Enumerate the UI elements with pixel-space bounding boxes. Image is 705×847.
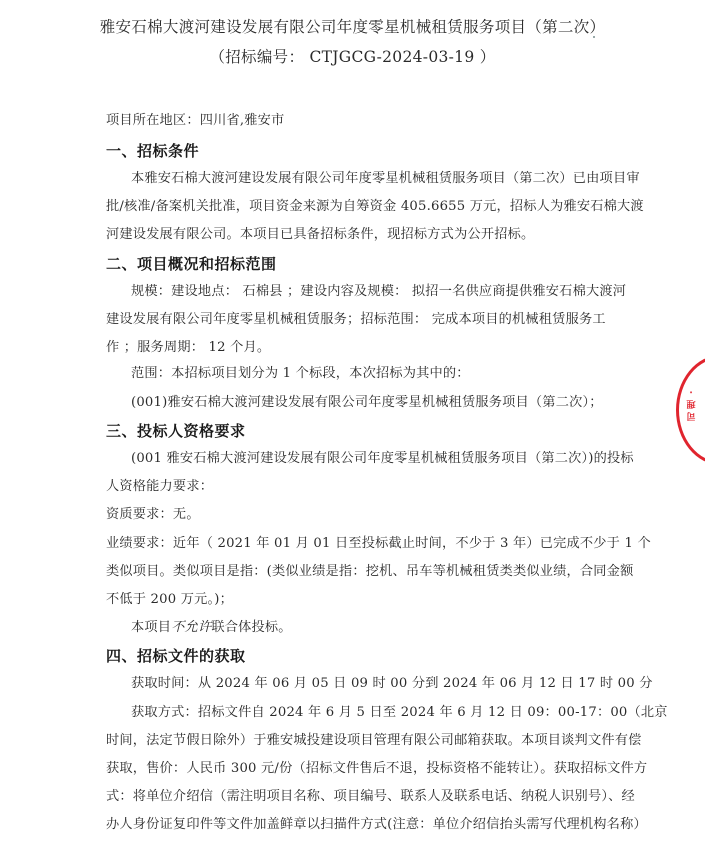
section-heading-2: 二、项目概况和招标范围 — [106, 254, 277, 274]
paragraph-line: (001)雅安石棉大渡河建设发展有限公司年度零星机械租赁服务项目（第二次）； — [131, 394, 603, 412]
paragraph-line: 获取时间：从 2024 年 06 月 05 日 09 时 00 分到 2024 … — [131, 675, 653, 693]
project-location: 项目所在地区：四川省,雅安市 — [106, 112, 284, 130]
section-heading-3: 三、投标人资格要求 — [106, 421, 246, 441]
paragraph-line: 本雅安石棉大渡河建设发展有限公司年度零星机械租赁服务项目（第二次）已由项目审 — [131, 170, 640, 188]
paragraph-line: 河建设发展有限公司。本项目已具备招标条件，现招标方式为公开招标。 — [106, 226, 534, 244]
paragraph-line: 批/核准/备案机关批准，项目资金来源为自筹资金 405.6655 万元，招标人为… — [106, 198, 644, 216]
document-title: 雅安石棉大渡河建设发展有限公司年度零星机械租赁服务项目（第二次） — [0, 17, 705, 37]
paragraph-line: 办人身份证复印件等文件加盖鲜章以扫描件方式(注意：单位介绍信抬头需写代理机构名称… — [106, 816, 647, 834]
paragraph-line: 作 ；服务周期： 12 个月。 — [106, 339, 270, 357]
tender-number: （招标编号： CTJGCG-2024-03-19 ） — [0, 47, 705, 67]
paragraph-line: 规模：建设地点： 石棉县 ；建设内容及规模： 拟招一名供应商提供雅安石棉大渡河 — [131, 283, 626, 301]
consortium-suffix: 联合体投标。 — [211, 620, 291, 635]
section-heading-4: 四、招标文件的获取 — [106, 646, 246, 666]
scan-speck — [593, 36, 595, 38]
paragraph-line: 人资格能力要求： — [106, 478, 213, 496]
paragraph-line: 类似项目。类似项目是指：(类似业绩是指：挖机、吊车等机械租赁类类似业绩，合同金额 — [106, 563, 633, 581]
paragraph-line: 获取，售价：人民币 300 元/份（招标文件售后不退，投标资格不能转让）。获取招… — [106, 760, 647, 778]
paragraph-line: 建设发展有限公司年度零星机械租赁服务；招标范围： 完成本项目的机械租赁服务工 — [106, 311, 606, 329]
paragraph-line: 获取方式：招标文件自 2024 年 6 月 5 日至 2024 年 6 月 12… — [131, 704, 668, 722]
consortium-prefix: 本项目 — [131, 620, 171, 635]
paragraph-line: 式：将单位介绍信（需注明项目名称、项目编号、联系人及联系电话、纳税人识别号）、经 — [106, 788, 635, 806]
consortium-emphasis: 不允许 — [171, 620, 211, 635]
paragraph-line: 范围：本招标项目划分为 1 个标段，本次招标为其中的： — [131, 365, 470, 383]
paragraph-line: 不低于 200 万元。)； — [106, 591, 233, 609]
consortium-statement: 本项目不允许联合体投标。 — [131, 619, 292, 637]
paragraph-line: 业绩要求：近年（ 2021 年 01 月 01 日至投标截止时间，不少于 3 年… — [106, 535, 651, 553]
paragraph-line: (001 雅安石棉大渡河建设发展有限公司年度零星机械租赁服务项目（第二次）)的投… — [131, 450, 634, 468]
paragraph-line: 资质要求：无。 — [106, 506, 200, 524]
seal-text: 司 理 · — [684, 385, 698, 421]
section-heading-1: 一、招标条件 — [106, 141, 199, 161]
paragraph-line: 时间，法定节假日除外）于雅安城投建设项目管理有限公司邮箱获取。本项目谈判文件有偿 — [106, 732, 642, 750]
